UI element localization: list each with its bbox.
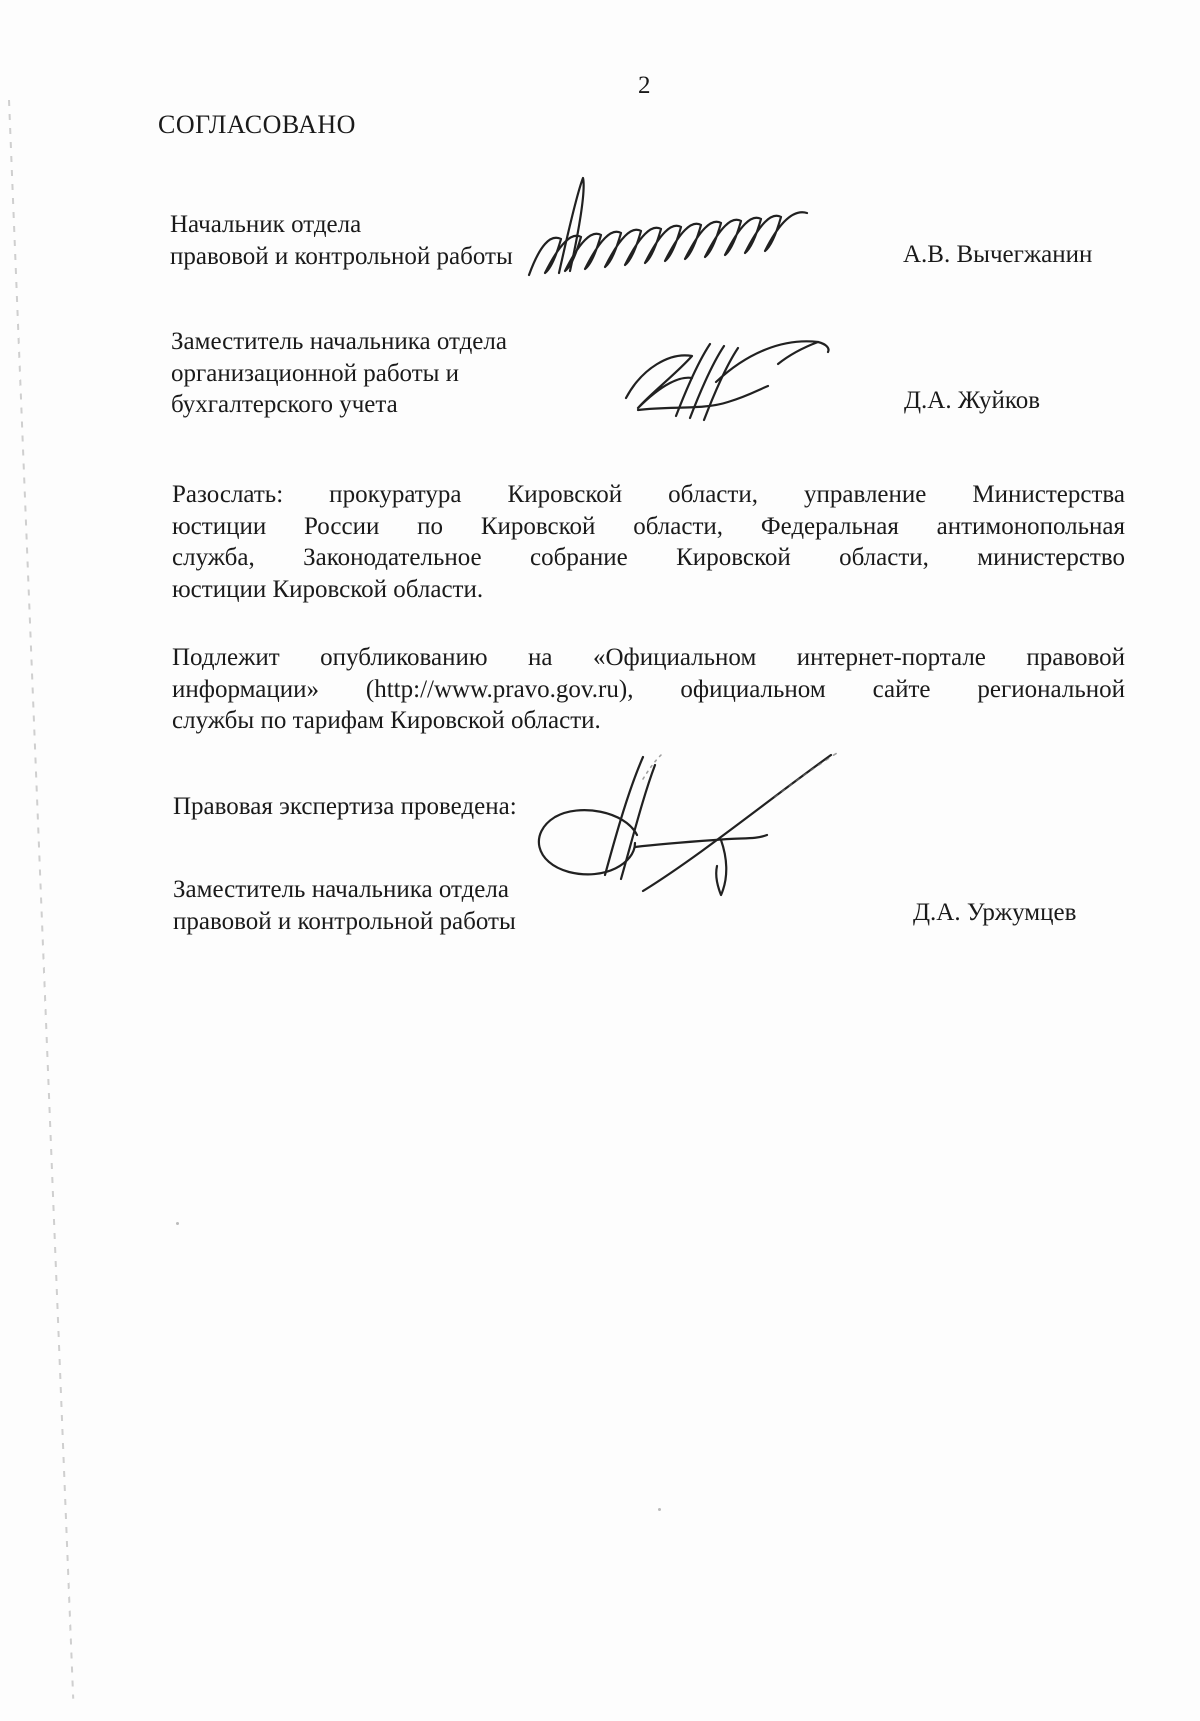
page-number: 2 [638, 72, 651, 100]
signature-zhuykov [618, 322, 838, 430]
paragraph-line: службы по тарифам Кировской области. [172, 705, 1125, 737]
expertise-note: Правовая экспертиза проведена: [173, 791, 517, 823]
scan-speck [658, 1508, 661, 1511]
publication-paragraph: Подлежит опубликованию на «Официальном и… [172, 642, 1125, 737]
signature-vychegzhanin [515, 173, 815, 279]
signature-block-title: Заместитель начальника отдела организаци… [171, 326, 507, 421]
signature-urzhumtsev-drawing [515, 745, 850, 901]
signatory-name: А.В. Вычегжанин [903, 241, 1092, 269]
document-page: 2 СОГЛАСОВАНО Начальник отдела правовой … [0, 0, 1200, 1721]
job-title-line: Заместитель начальника отдела [171, 326, 507, 358]
scan-speck [467, 926, 470, 929]
paragraph-line: Разослать: прокуратура Кировской области… [172, 479, 1125, 511]
paragraph-line: информации» (http://www.pravo.gov.ru), о… [172, 674, 1125, 706]
scan-speck [176, 1222, 179, 1225]
signature-block-title: Начальник отдела правовой и контрольной … [170, 209, 513, 272]
job-title-line: Заместитель начальника отдела [173, 874, 516, 906]
distribution-paragraph: Разослать: прокуратура Кировской области… [172, 479, 1125, 605]
job-title-line: правовой и контрольной работы [173, 906, 516, 938]
signature-vychegzhanin-drawing [515, 173, 815, 279]
paragraph-line: юстиции России по Кировской области, Фед… [172, 511, 1125, 543]
scan-artifact-line [8, 100, 74, 1699]
paragraph-line: юстиции Кировской области. [172, 574, 1125, 606]
signatory-name: Д.А. Жуйков [904, 387, 1040, 415]
signature-block-title: Заместитель начальника отдела правовой и… [173, 874, 516, 937]
approved-heading: СОГЛАСОВАНО [158, 110, 356, 140]
paragraph-line: служба, Законодательное собрание Кировск… [172, 542, 1125, 574]
paragraph-line: Подлежит опубликованию на «Официальном и… [172, 642, 1125, 674]
job-title-line: организационной работы и [171, 358, 507, 390]
job-title-line: Начальник отдела [170, 209, 513, 241]
signature-urzhumtsev [515, 745, 850, 901]
signatory-name: Д.А. Уржумцев [913, 899, 1076, 927]
job-title-line: бухгалтерского учета [171, 389, 507, 421]
signature-zhuykov-drawing [618, 322, 838, 430]
job-title-line: правовой и контрольной работы [170, 241, 513, 273]
